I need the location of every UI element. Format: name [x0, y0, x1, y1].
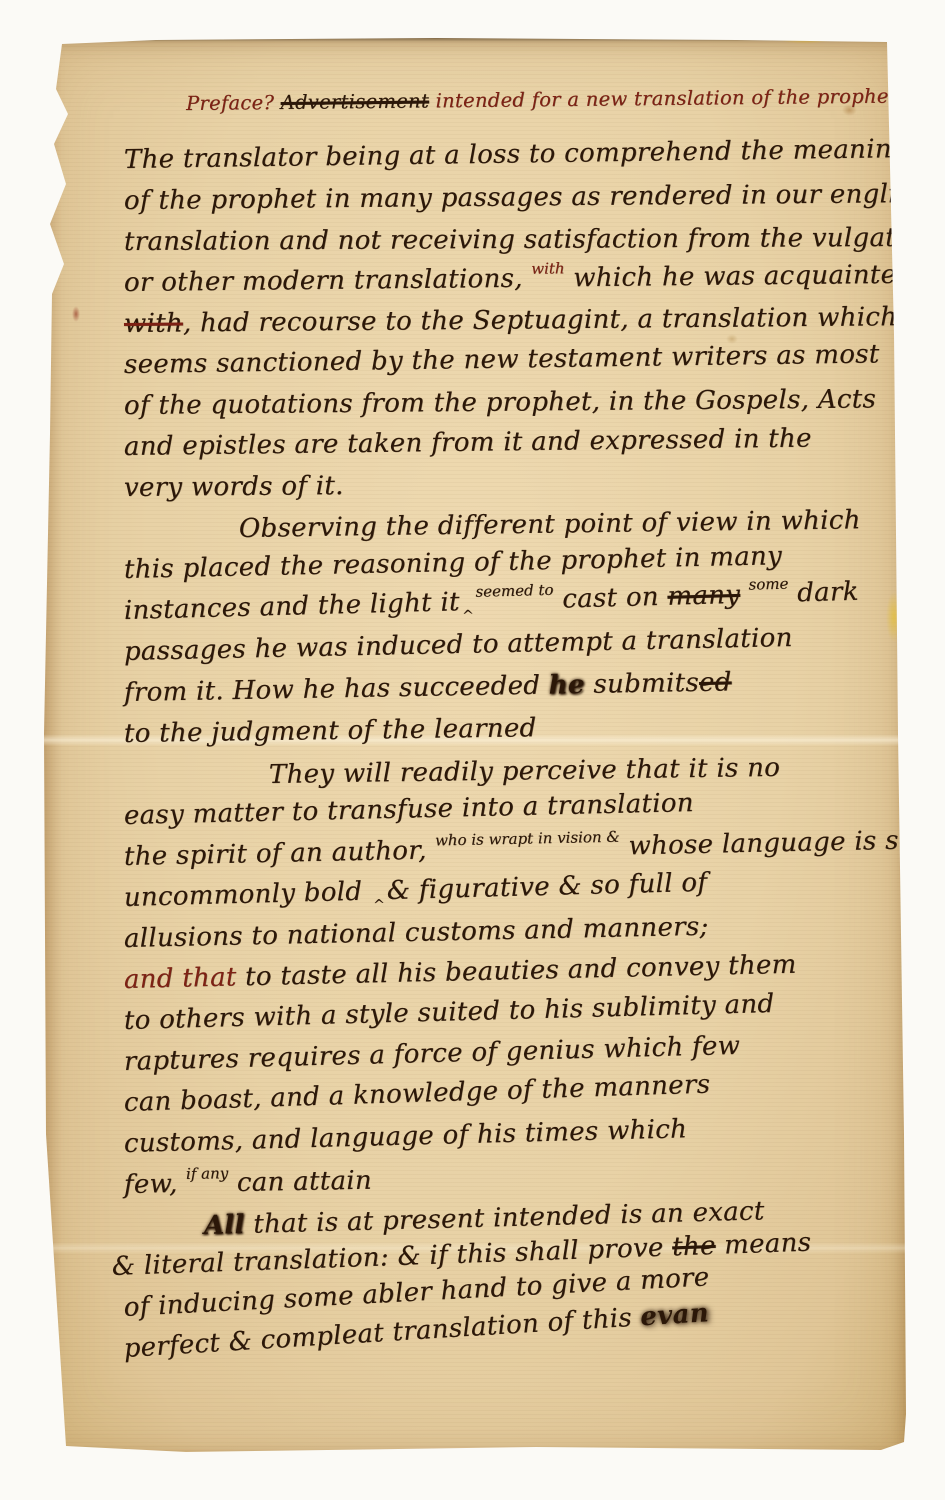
paragraph: They will readily perceive that it is no…	[124, 755, 902, 1206]
text-segment: ed	[699, 667, 732, 698]
manuscript-body: The translator being at a loss to compre…	[124, 140, 902, 1370]
text-segment: and epistles are taken from it and expre…	[124, 424, 812, 462]
text-segment: of the prophet in many passages as rende…	[124, 179, 908, 216]
text-segment: , had recourse to the Septuagint, a tran…	[183, 302, 898, 338]
text-segment: easy matter to transfuse into a translat…	[124, 788, 695, 831]
text-segment: with	[531, 259, 565, 277]
manuscript-title: Preface? Advertisement intended for a ne…	[186, 84, 908, 115]
paragraph: The translator being at a loss to compre…	[124, 140, 902, 509]
text-segment: passages he was induced to attempt a tra…	[124, 623, 793, 667]
paragraph: Observing the different point of view in…	[124, 509, 902, 755]
manuscript-line: or other modern translations, with which…	[124, 255, 902, 304]
text-segment: the spirit of an author,	[124, 835, 436, 872]
text-segment: uncommonly bold	[123, 877, 371, 913]
text-segment: very words of it.	[124, 471, 344, 503]
text-segment: from it. How he has succeeded	[124, 671, 549, 708]
text-segment: All	[203, 1210, 245, 1241]
text-segment: which he was acquainted	[564, 260, 908, 294]
text-segment: Advertisement	[281, 89, 430, 114]
text-segment: The translator being at a loss to compre…	[124, 134, 908, 175]
text-segment: and that	[124, 962, 246, 995]
page-top-edge-shadow	[50, 34, 900, 42]
text-segment: instances and the light it	[123, 587, 460, 626]
text-segment: he	[549, 670, 586, 701]
text-segment: intended for a new translation of the pr…	[429, 84, 908, 113]
text-segment: to the judgment of the learned	[124, 713, 537, 749]
text-segment: who is wrapt in vision &	[435, 828, 620, 850]
paragraph: All that is at present intended is an ex…	[124, 1206, 902, 1370]
text-segment: translation and not receiving satisfacti…	[124, 223, 908, 257]
text-segment: & figurative & so full of	[386, 868, 707, 906]
stain	[776, 34, 834, 44]
text-segment: Preface?	[186, 91, 281, 115]
text-segment: can attain	[228, 1166, 372, 1199]
text-segment: ^	[462, 608, 474, 624]
text-segment: seemed to	[475, 581, 553, 601]
manuscript-page: Preface? Advertisement intended for a ne…	[36, 34, 908, 1462]
text-segment: some	[748, 575, 788, 594]
text-segment: whose language is so	[620, 825, 908, 861]
text-segment: submits	[585, 668, 700, 700]
text-segment: allusions to national customs and manner…	[124, 912, 709, 954]
text-segment: ^	[373, 897, 385, 913]
text-segment: cast on	[553, 582, 667, 615]
text-segment: evan	[639, 1298, 709, 1332]
text-segment: few,	[124, 1169, 187, 1200]
text-segment: seems sanctioned by the new testament wr…	[124, 339, 880, 380]
manuscript-line: The translator being at a loss to compre…	[124, 129, 902, 181]
scanned-document-background: { "colors": { "paper": "#e8d2a6", "ink":…	[0, 0, 945, 1500]
text-segment: if any	[186, 1164, 229, 1183]
text-segment: of the quotations from the prophet, in t…	[124, 384, 876, 421]
manuscript-line: of the prophet in many passages as rende…	[124, 174, 902, 222]
text-segment: or other modern translations,	[124, 264, 532, 298]
text-segment: many	[667, 580, 741, 612]
text-segment: dark	[788, 577, 859, 609]
ink-speck	[72, 306, 80, 322]
manuscript-line: and epistles are taken from it and expre…	[124, 417, 902, 468]
text-segment: customs, and language of his times which	[123, 1114, 687, 1159]
text-segment: with	[124, 308, 183, 339]
